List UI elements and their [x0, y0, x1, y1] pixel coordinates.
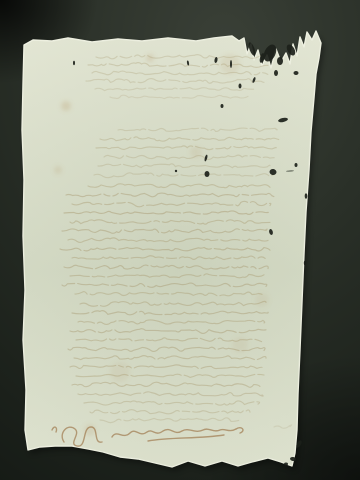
manuscript-scene [0, 0, 360, 480]
photo-frame [0, 0, 360, 480]
manuscript-page [22, 31, 321, 467]
